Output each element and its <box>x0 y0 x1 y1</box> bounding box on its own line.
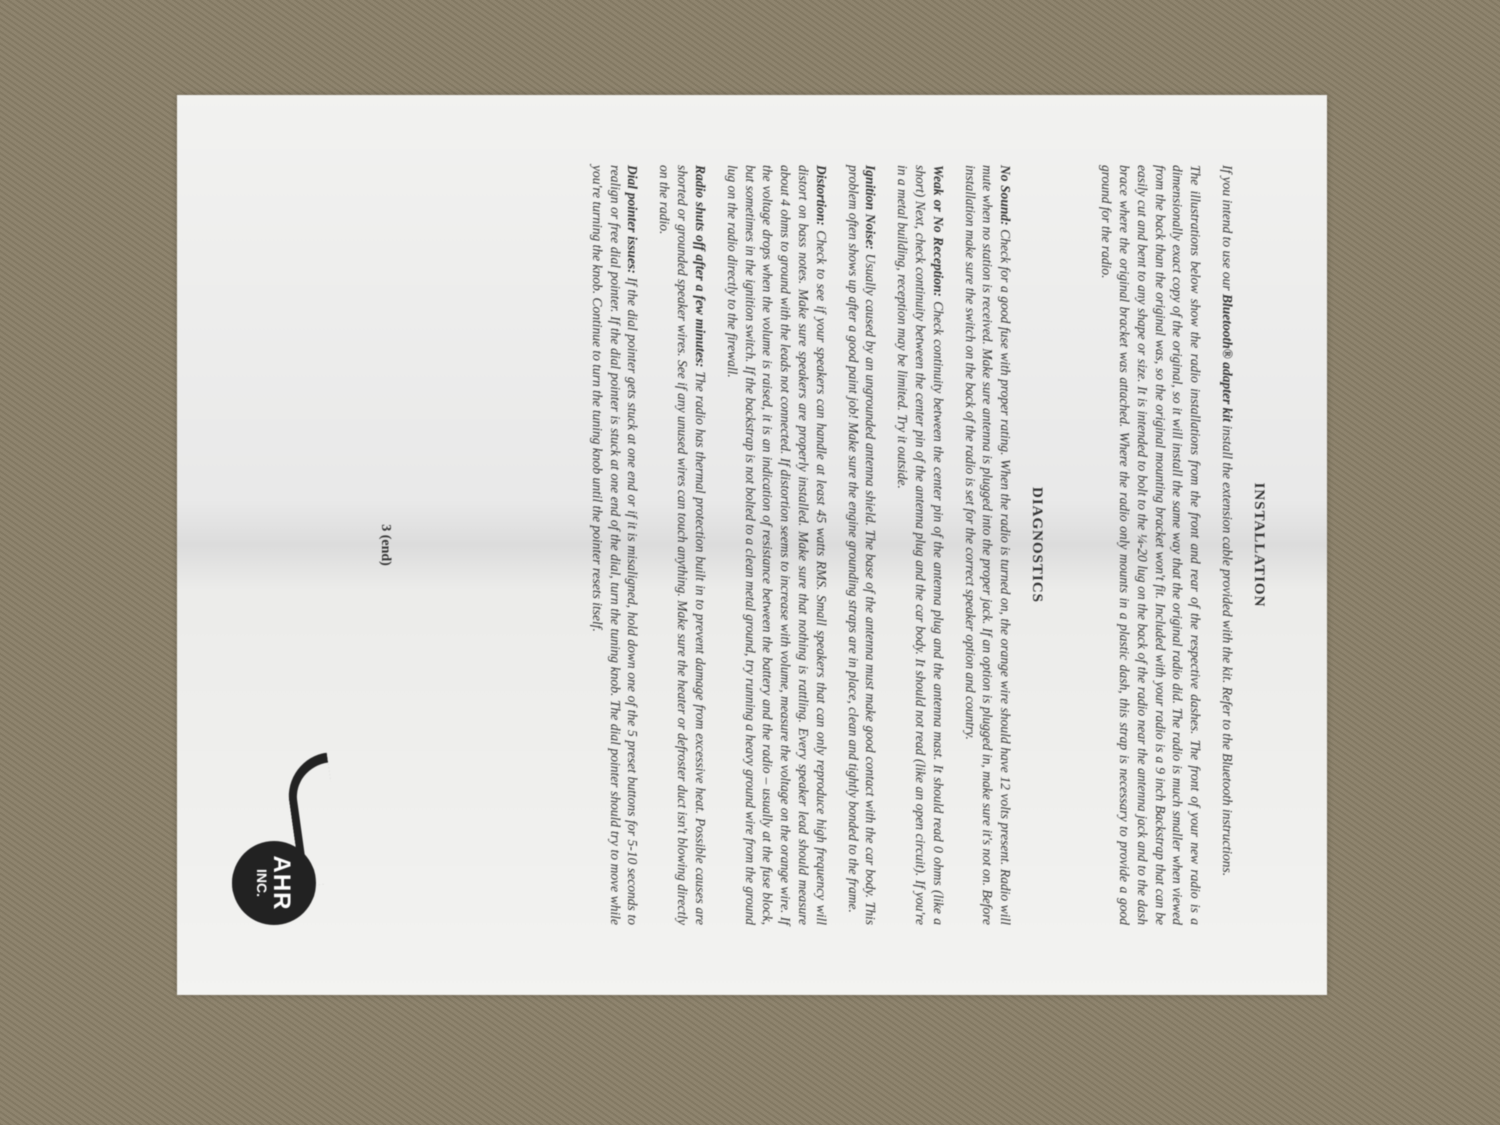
diagnostic-item: Ignition Noise: Usually caused by an ung… <box>844 165 880 925</box>
intro-rest: install the extension cable provided wit… <box>1220 425 1235 876</box>
diagnostic-text: Check for a good fuse with proper rating… <box>963 165 1014 925</box>
diagnostic-item: Distortion: Check to see if your speaker… <box>723 165 830 925</box>
diagnostics-heading: DIAGNOSTICS <box>1028 165 1045 925</box>
diagnostic-item: No Sound: Check for a good fuse with pro… <box>961 165 1014 925</box>
instruction-page: INSTALLATION If you intend to use our Bl… <box>177 95 1327 995</box>
intro-lead: If you intend to use our <box>1220 165 1235 291</box>
diagnostic-title: Weak or No Reception: <box>931 165 946 297</box>
diagnostic-text: Check to see if your speakers can handle… <box>725 165 829 925</box>
logo-badge-icon: AHR INC. <box>232 841 316 925</box>
diagnostic-title: Dial pointer issues: <box>626 165 641 274</box>
diagnostic-title: Radio shuts off after a few minutes: <box>693 165 708 368</box>
page-number: 3 (end) <box>377 95 393 995</box>
diagnostic-item: Weak or No Reception: Check continuity b… <box>893 165 946 925</box>
logo-line1: AHR <box>269 856 293 911</box>
diagnostic-title: No Sound: <box>998 165 1013 226</box>
diagnostic-text: If the dial pointer gets stuck at one en… <box>590 165 641 925</box>
company-logo: AHR INC. <box>232 765 342 925</box>
diagnostic-item: Radio shuts off after a few minutes: The… <box>656 165 709 925</box>
logo-line2: INC. <box>255 869 269 897</box>
diagnostic-title: Ignition Noise: <box>863 165 878 250</box>
installation-body: The illustrations below show the radio i… <box>1097 165 1204 925</box>
installation-intro: If you intend to use our Bluetooth® adap… <box>1218 165 1236 925</box>
diagnostic-item: Dial pointer issues: If the dial pointer… <box>588 165 641 925</box>
diagnostic-text: Usually caused by an ungrounded antenna … <box>846 165 879 925</box>
paper-sheet-area: INSTALLATION If you intend to use our Bl… <box>172 95 1332 995</box>
installation-heading: INSTALLATION <box>1250 165 1267 925</box>
intro-emphasis: Bluetooth® adapter kit <box>1220 294 1235 422</box>
diagnostic-title: Distortion: <box>814 165 829 226</box>
